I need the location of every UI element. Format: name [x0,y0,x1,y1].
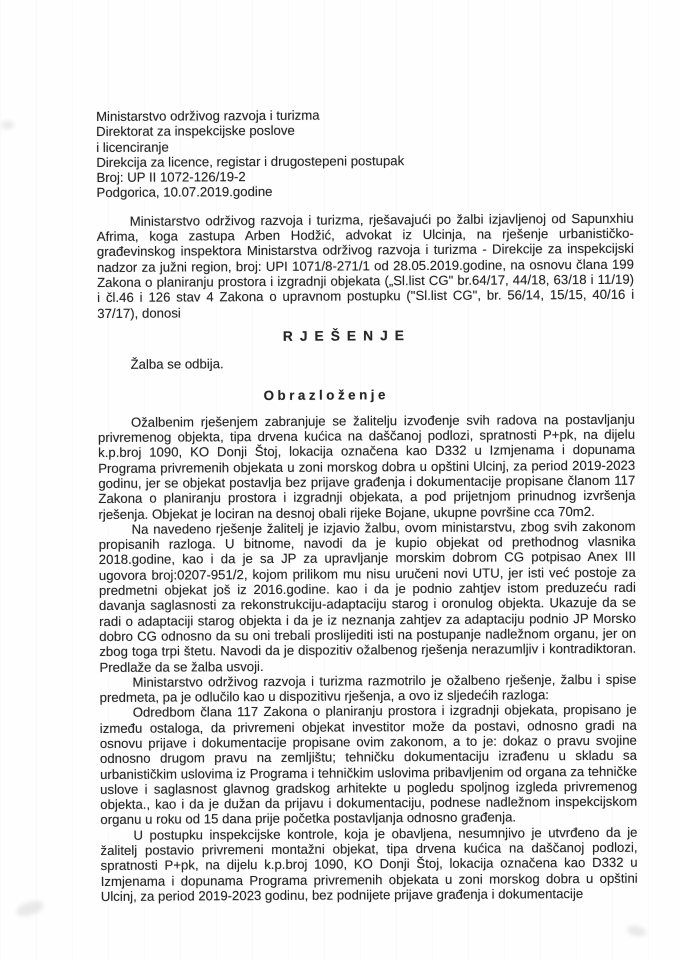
scan-smudge [1,121,14,129]
intro-paragraph: Ministarstvo održivog razvoja i turizma,… [97,210,635,320]
document-content: Ministarstvo održivog razvoja i turizma … [96,106,638,905]
explanation-heading: Obrazloženje [98,386,635,405]
scanned-document-page: Ministarstvo održivog razvoja i turizma … [0,0,679,960]
letterhead: Ministarstvo održivog razvoja i turizma … [96,106,634,201]
letterhead-place-date: Podgorica, 10.07.2019.godine [96,182,633,201]
body-paragraph-prohibition: Ožalbenim rješenjem zabranjuje se žalite… [98,411,636,521]
body-paragraph-article-117: Odredbom člana 117 Zakona o planiranju p… [100,702,638,828]
scan-smudge [626,924,647,938]
body-paragraph-ministry-review: Ministarstvo održivog razvoja i turizma … [99,672,636,706]
decision-heading: RJEŠENJE [97,327,634,346]
scan-smudge [15,898,46,919]
body-paragraph-appeal-claims: Na navedeno rješenje žalitelj je izjavio… [99,519,637,675]
decision-statement: Žalba se odbija. [98,354,635,373]
body-paragraph-inspection-findings: U postupku inspekcijske kontrole, koja j… [100,824,637,904]
